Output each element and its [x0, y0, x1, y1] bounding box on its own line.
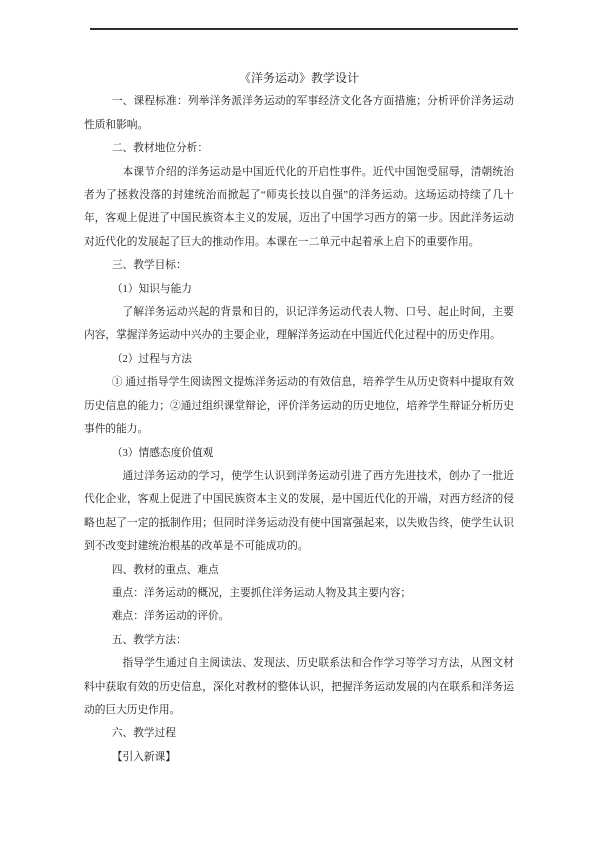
paragraph-process-method-body: ① 通过指导学生阅读图文提炼洋务运动的有效信息，培养学生从历史资料中提取有效历史…: [84, 371, 514, 441]
paragraph-emotion-values-heading: （3）情感态度价值观: [84, 442, 514, 465]
paragraph-material-position-heading: 二、教材地位分析：: [84, 137, 514, 160]
document-title: 《洋务运动》教学设计: [84, 67, 514, 90]
paragraph-key-difficult-heading: 四、教材的重点、难点: [84, 559, 514, 582]
paragraph-intro-new-lesson: 【引入新课】: [84, 746, 514, 769]
paragraph-knowledge-ability-body: 了解洋务运动兴起的背景和目的，识记洋务运动代表人物、口号、起止时间，主要内容，掌…: [84, 301, 514, 348]
paragraph-teaching-method-body: 指导学生通过自主阅读法、发现法、历史联系法和合作学习等学习方法，从图文材料中获取…: [84, 652, 514, 722]
paragraph-key-point: 重点：洋务运动的概况，主要抓住洋务运动人物及其主要内容；: [84, 582, 514, 605]
paragraph-course-standard: 一、课程标准：列举洋务派洋务运动的军事经济文化各方面措施；分析评价洋务运动性质和…: [84, 90, 514, 137]
document-page: 《洋务运动》教学设计 一、课程标准：列举洋务派洋务运动的军事经济文化各方面措施；…: [0, 0, 600, 845]
paragraph-knowledge-ability-heading: （1）知识与能力: [84, 278, 514, 301]
paragraph-teaching-method-heading: 五、教学方法：: [84, 629, 514, 652]
top-horizontal-rule: [90, 28, 518, 30]
paragraph-emotion-values-body: 通过洋务运动的学习，使学生认识到洋务运动引进了西方先进技术，创办了一批近代化企业…: [84, 465, 514, 559]
paragraph-process-method-heading: （2）过程与方法: [84, 348, 514, 371]
paragraph-material-position-body: 本课节介绍的洋务运动是中国近代化的开启性事件。近代中国饱受屈辱，清朝统治者为了拯…: [84, 161, 514, 255]
paragraph-teaching-process-heading: 六、教学过程: [84, 722, 514, 745]
paragraph-difficult-point: 难点：洋务运动的评价。: [84, 605, 514, 628]
document-content: 《洋务运动》教学设计 一、课程标准：列举洋务派洋务运动的军事经济文化各方面措施；…: [84, 67, 514, 769]
paragraph-teaching-goals-heading: 三、教学目标：: [84, 254, 514, 277]
